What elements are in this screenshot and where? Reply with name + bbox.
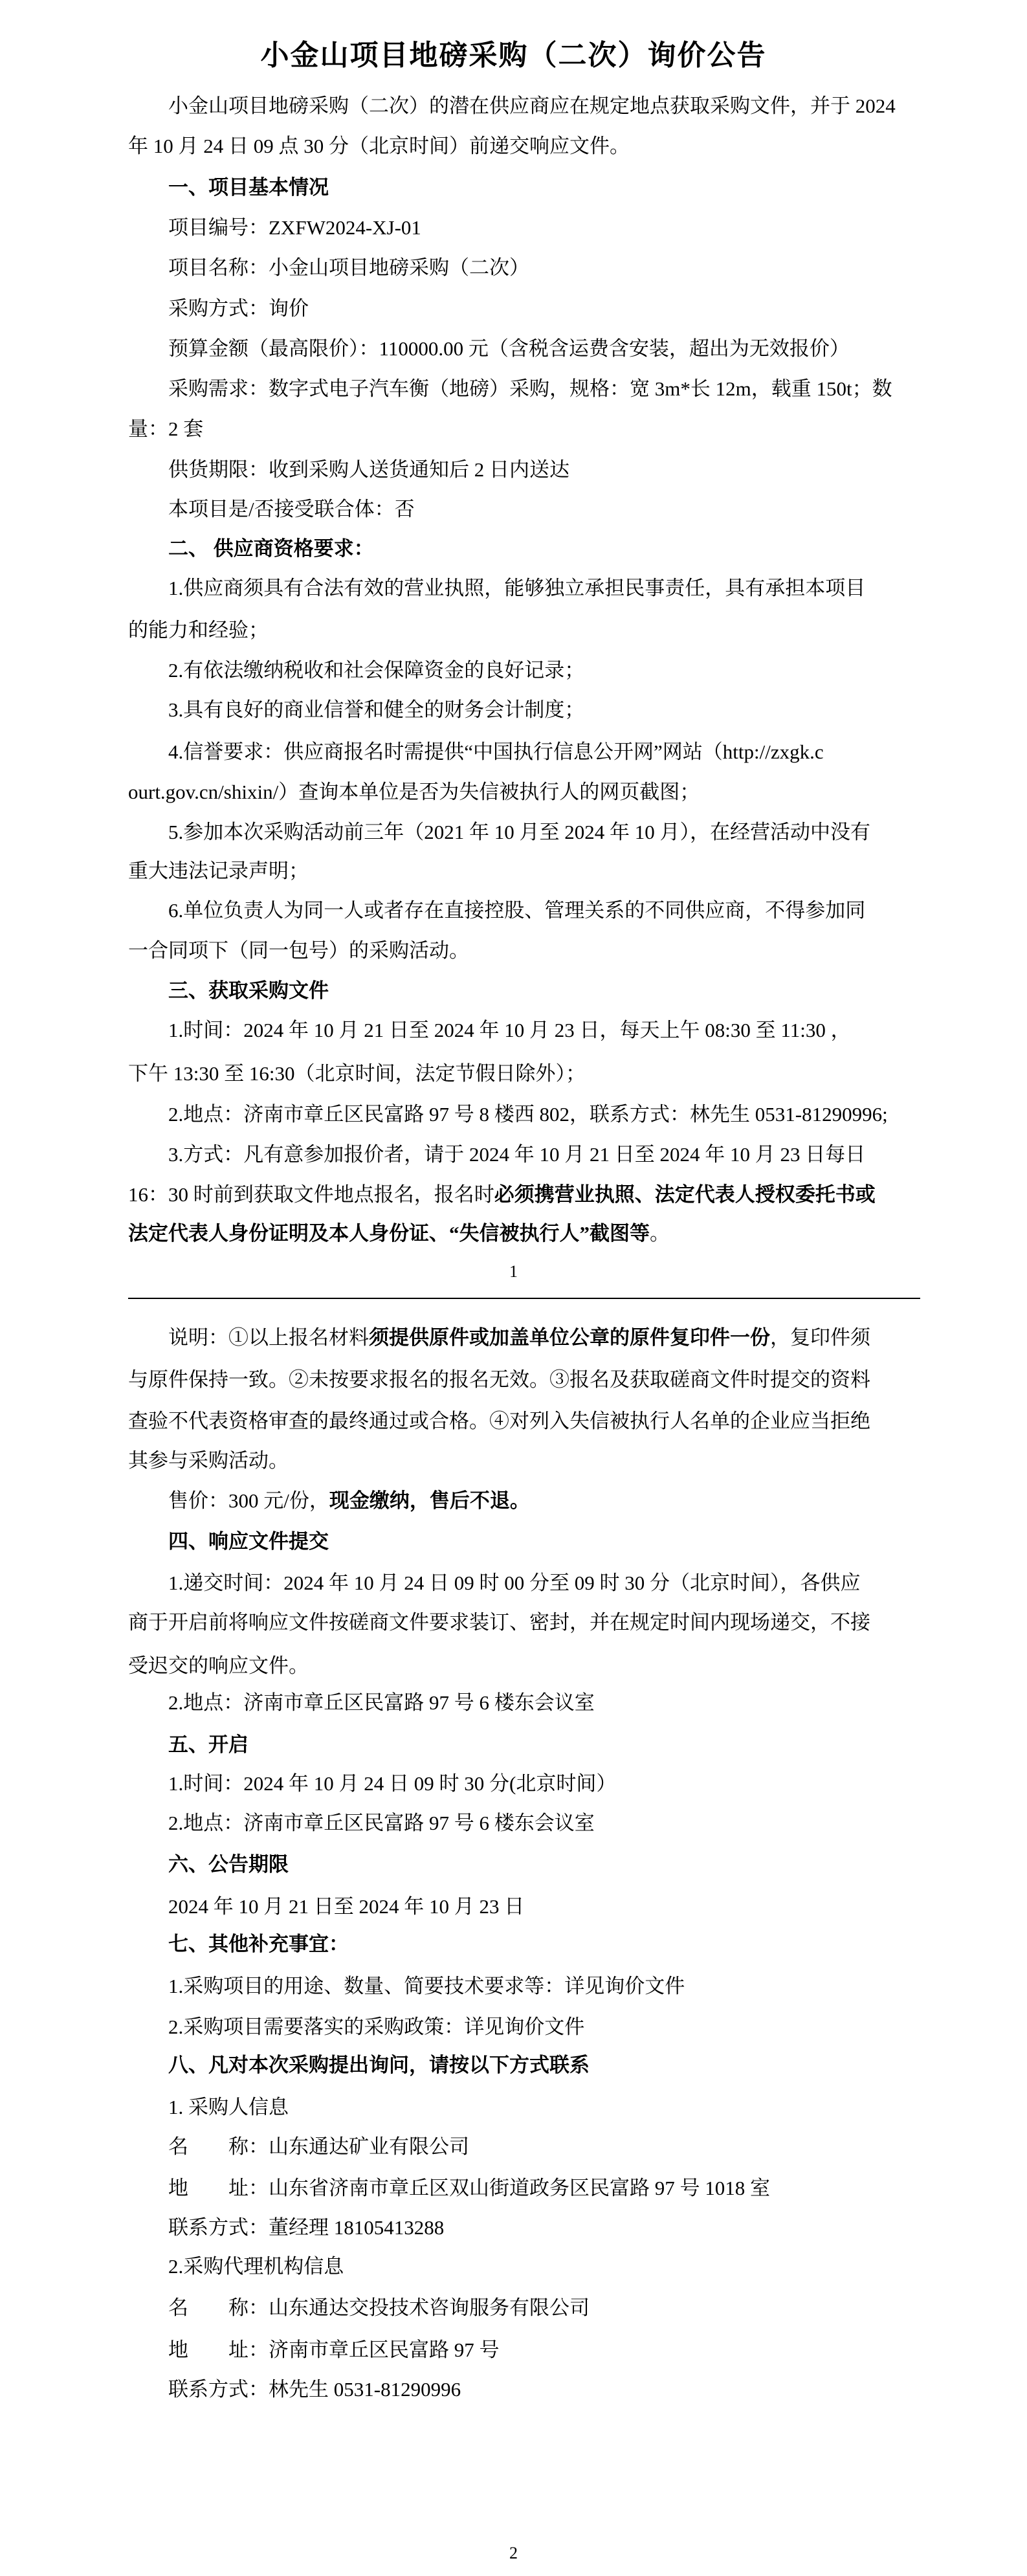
price-regular: 售价：300 元/份， bbox=[168, 1489, 329, 1512]
section3-heading: 三、获取采购文件 bbox=[168, 979, 329, 1003]
qualification-item4-line2: ourt.gov.cn/shixin/）查询本单位是否为失信被执行人的网页截图； bbox=[128, 781, 700, 805]
note-line1: 说明：①以上报名材料须提供原件或加盖单位公章的原件复印件一份，复印件须 bbox=[168, 1326, 870, 1350]
qualification-item2: 2.有依法缴纳税收和社会保障资金的良好记录； bbox=[168, 659, 584, 683]
obtain-way-line1: 3.方式：凡有意参加报价者，请于 2024 年 10 月 21 日至 2024 … bbox=[168, 1143, 865, 1167]
procurement-method: 采购方式：询价 bbox=[168, 297, 309, 321]
submit-time-line1: 1.递交时间：2024 年 10 月 24 日 09 时 00 分至 09 时 … bbox=[168, 1571, 861, 1595]
qualification-item6-line2: 一合同项下（同一包号）的采购活动。 bbox=[128, 939, 469, 963]
project-name: 项目名称：小金山项目地磅采购（二次） bbox=[168, 256, 529, 280]
buyer-name: 名 称：山东通达矿业有限公司 bbox=[168, 2135, 469, 2159]
section8-heading: 八、凡对本次采购提出询问，请按以下方式联系 bbox=[168, 2054, 590, 2078]
qualification-item3: 3.具有良好的商业信誉和健全的财务会计制度； bbox=[168, 698, 584, 722]
qualification-item5-line1: 5.参加本次采购活动前三年（2021 年 10 月至 2024 年 10 月），… bbox=[168, 821, 870, 845]
note-line4: 其参与采购活动。 bbox=[128, 1449, 289, 1473]
open-place: 2.地点：济南市章丘区民富路 97 号 6 楼东会议室 bbox=[168, 1812, 595, 1836]
procurement-demand-line-1: 采购需求：数字式电子汽车衡（地磅）采购，规格：宽 3m*长 12m，载重 150… bbox=[168, 377, 892, 401]
delivery-period: 供货期限：收到采购人送货通知后 2 日内送达 bbox=[168, 458, 569, 482]
budget-amount: 预算金额（最高限价）：110000.00 元（含税含运费含安装，超出为无效报价） bbox=[168, 337, 850, 361]
price-bold: 现金缴纳，售后不退。 bbox=[329, 1489, 530, 1512]
buyer-info-title: 1. 采购人信息 bbox=[168, 2096, 289, 2120]
section5-heading: 五、开启 bbox=[168, 1733, 248, 1757]
qualification-item6-line1: 6.单位负责人为同一人或者存在直接控股、管理关系的不同供应商，不得参加同 bbox=[168, 899, 865, 923]
submit-time-line3: 受迟交的响应文件。 bbox=[128, 1654, 309, 1678]
section6-heading: 六、公告期限 bbox=[168, 1853, 289, 1877]
price-line: 售价：300 元/份，现金缴纳，售后不退。 bbox=[168, 1489, 530, 1513]
note-line1-regular: 说明：①以上报名材料 bbox=[168, 1326, 369, 1349]
obtain-way-line3-bold: 法定代表人身份证明及本人身份证、“失信被执行人”截图等 bbox=[128, 1222, 650, 1245]
buyer-address: 地 址：山东省济南市章丘区双山街道政务区民富路 97 号 1018 室 bbox=[168, 2177, 770, 2201]
consortium-accept: 本项目是/否接受联合体：否 bbox=[168, 498, 415, 522]
procurement-announcement-document: 小金山项目地磅采购（二次）询价公告 小金山项目地磅采购（二次）的潜在供应商应在规… bbox=[0, 0, 1027, 2576]
project-number: 项目编号：ZXFW2024-XJ-01 bbox=[168, 216, 421, 240]
obtain-way-line3: 法定代表人身份证明及本人身份证、“失信被执行人”截图等。 bbox=[128, 1222, 670, 1246]
section4-heading: 四、响应文件提交 bbox=[168, 1530, 329, 1554]
note-line1-bold: 须提供原件或加盖单位公章的原件复印件一份 bbox=[369, 1326, 770, 1349]
supplement-item1: 1.采购项目的用途、数量、简要技术要求等：详见询价文件 bbox=[168, 1975, 685, 1999]
page-2-number: 2 bbox=[0, 2544, 1027, 2564]
intro-line-1: 小金山项目地磅采购（二次）的潜在供应商应在规定地点获取采购文件，并于 2024 bbox=[168, 94, 896, 118]
page-title: 小金山项目地磅采购（二次）询价公告 bbox=[0, 39, 1027, 72]
qualification-item1-line2: 的能力和经验； bbox=[128, 619, 269, 643]
note-line1-tail: ，复印件须 bbox=[770, 1326, 870, 1349]
buyer-contact: 联系方式：董经理 18105413288 bbox=[168, 2216, 444, 2240]
obtain-way-line3-end: 。 bbox=[650, 1222, 670, 1245]
obtain-time-line1: 1.时间：2024 年 10 月 21 日至 2024 年 10 月 23 日，… bbox=[168, 1019, 851, 1043]
obtain-way-line2: 16：30 时前到获取文件地点报名，报名时必须携营业执照、法定代表人授权委托书或 bbox=[128, 1183, 876, 1207]
submit-time-line2: 商于开启前将响应文件按磋商文件要求装订、密封，并在规定时间内现场递交，不接 bbox=[128, 1611, 870, 1635]
agency-info-title: 2.采购代理机构信息 bbox=[168, 2255, 344, 2279]
qualification-item4-line1: 4.信誉要求：供应商报名时需提供“中国执行信息公开网”网站（http://zxg… bbox=[168, 740, 824, 764]
qualification-item5-line2: 重大违法记录声明； bbox=[128, 860, 309, 883]
section7-heading: 七、其他补充事宜： bbox=[168, 1933, 349, 1957]
obtain-way-line2-bold: 必须携营业执照、法定代表人授权委托书或 bbox=[494, 1183, 876, 1206]
agency-name: 名 称：山东通达交投技术咨询服务有限公司 bbox=[168, 2296, 590, 2320]
obtain-place: 2.地点：济南市章丘区民富路 97 号 8 楼西 802，联系方式：林先生 05… bbox=[168, 1103, 888, 1127]
agency-contact: 联系方式：林先生 0531-81290996 bbox=[168, 2378, 461, 2402]
note-line3: 查验不代表资格审查的最终通过或合格。④对列入失信被执行人名单的企业应当拒绝 bbox=[128, 1410, 870, 1434]
open-time: 1.时间：2024 年 10 月 24 日 09 时 30 分(北京时间） bbox=[168, 1772, 616, 1796]
submit-place: 2.地点：济南市章丘区民富路 97 号 6 楼东会议室 bbox=[168, 1691, 595, 1715]
obtain-time-line2: 下午 13:30 至 16:30（北京时间，法定节假日除外）； bbox=[128, 1062, 586, 1086]
agency-address: 地 址：济南市章丘区民富路 97 号 bbox=[168, 2338, 500, 2362]
obtain-way-line2-regular: 16：30 时前到获取文件地点报名，报名时 bbox=[128, 1183, 494, 1206]
page-1-number: 1 bbox=[0, 1262, 1027, 1282]
page-break-line bbox=[128, 1298, 920, 1299]
section1-heading: 一、项目基本情况 bbox=[168, 176, 329, 200]
supplement-item2: 2.采购项目需要落实的采购政策：详见询价文件 bbox=[168, 2015, 584, 2039]
announcement-period: 2024 年 10 月 21 日至 2024 年 10 月 23 日 bbox=[168, 1895, 524, 1919]
procurement-demand-line-2: 量：2 套 bbox=[128, 417, 203, 441]
section2-heading: 二、 供应商资格要求： bbox=[168, 537, 374, 561]
note-line2: 与原件保持一致。②未按要求报名的报名无效。③报名及获取磋商文件时提交的资料 bbox=[128, 1368, 870, 1392]
intro-line-2: 年 10 月 24 日 09 点 30 分（北京时间）前递交响应文件。 bbox=[128, 135, 630, 159]
qualification-item1-line1: 1.供应商须具有合法有效的营业执照，能够独立承担民事责任，具有承担本项目 bbox=[168, 577, 865, 601]
